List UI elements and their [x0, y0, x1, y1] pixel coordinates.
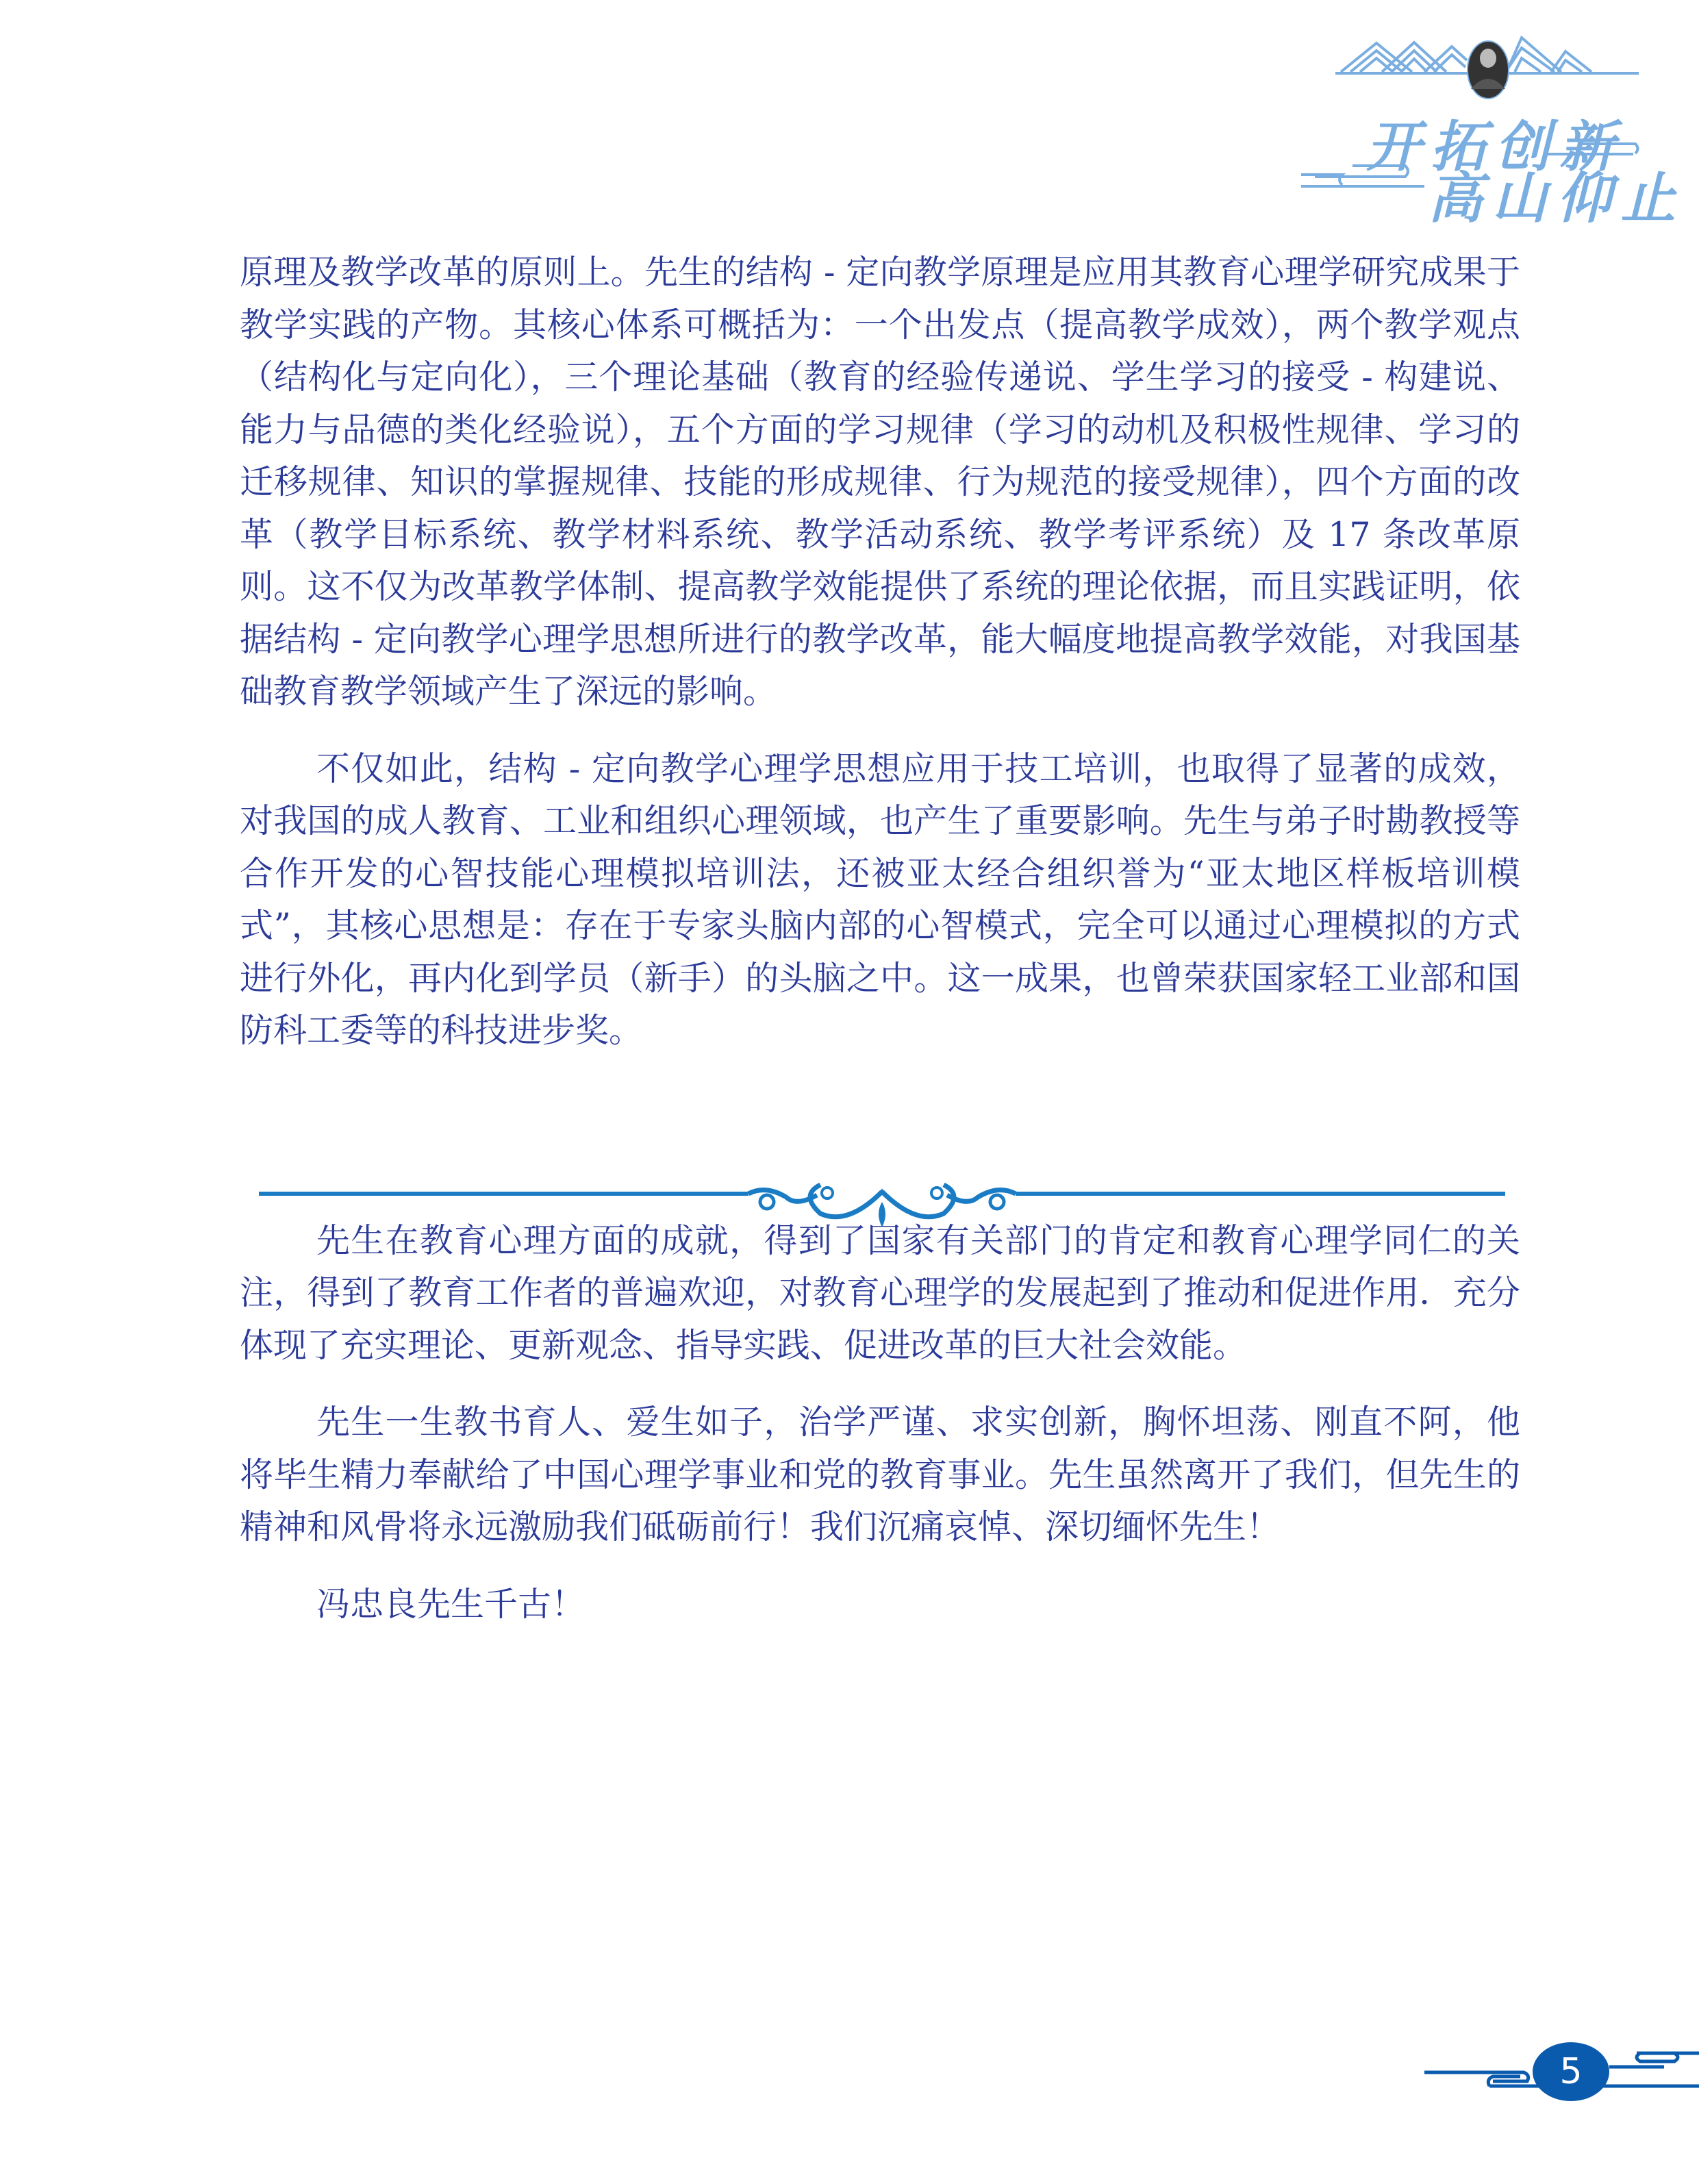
paragraph-3: 先生在教育心理方面的成就，得到了国家有关部门的肯定和教育心理学同仁的关注，得到了… [240, 1215, 1520, 1372]
closing-line: 冯忠良先生千古！ [240, 1579, 1520, 1631]
section-divider [259, 1164, 1505, 1226]
page-footer: 5 [1390, 2027, 1699, 2103]
page-number: 5 [1533, 2042, 1609, 2101]
scroll-ornament-icon [259, 1164, 1505, 1226]
article-body: 原理及教学改革的原则上。先生的结构 - 定向教学原理是应用其教育心理学研究成果于… [240, 247, 1520, 1631]
paragraph-1: 原理及教学改革的原则上。先生的结构 - 定向教学原理是应用其教育心理学研究成果于… [240, 247, 1520, 718]
header-title-line2: 高山仰止 [1428, 154, 1685, 233]
paragraph-2: 不仅如此，结构 - 定向教学心理学思想应用于技工培训，也取得了显著的成效，对我国… [240, 743, 1520, 1057]
paragraph-4: 先生一生教书育人、爱生如子，治学严谨、求实创新，胸怀坦荡、刚直不阿，他将毕生精力… [240, 1396, 1520, 1554]
